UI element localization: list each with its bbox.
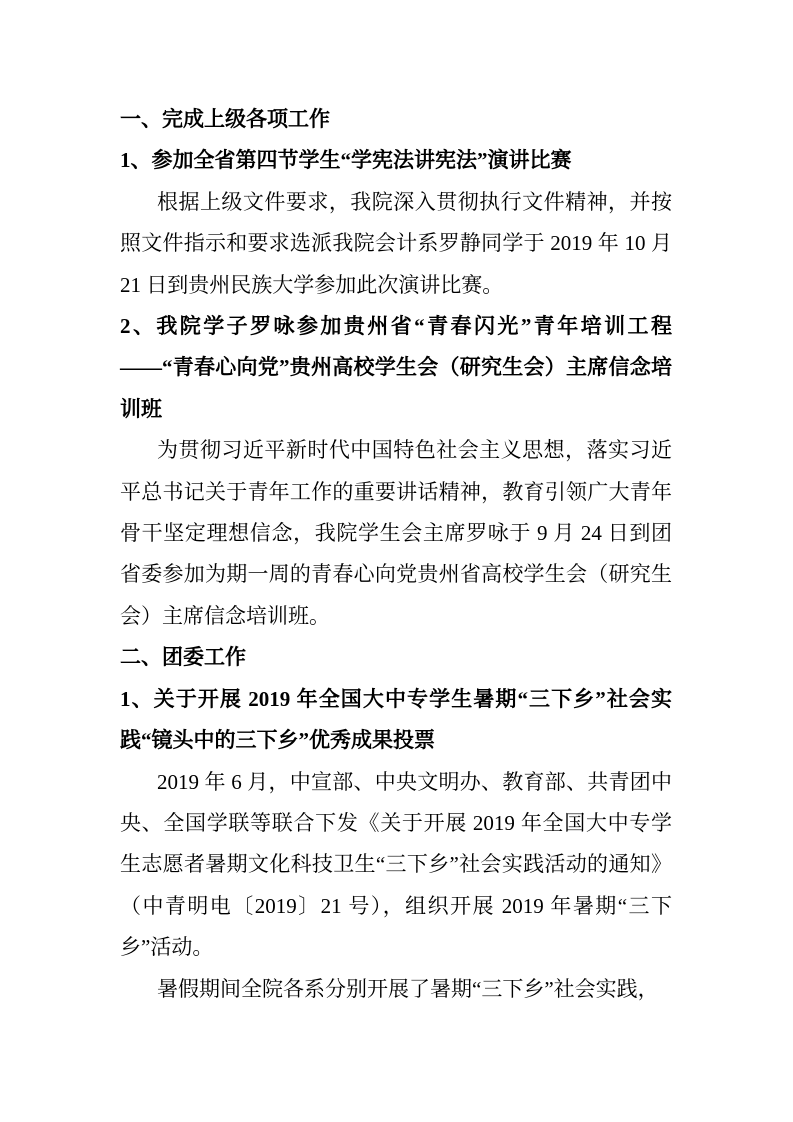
subsection-heading-1-2: 2、我院学子罗咏参加贵州省“青春闪光”青年培训工程——“青春心向党”贵州高校学生…	[120, 306, 672, 430]
section-heading-2: 二、团委工作	[120, 637, 672, 678]
document-page: 一、完成上级各项工作 1、参加全省第四节学生“学宪法讲宪法”演讲比赛 根据上级文…	[0, 0, 793, 1122]
paragraph-notice-issued: 2019 年 6 月，中宣部、中央文明办、教育部、共青团中央、全国学联等联合下发…	[120, 762, 672, 969]
paragraph-training-class: 为贯彻习近平新时代中国特色社会主义思想，落实习近平总书记关于青年工作的重要讲话精…	[120, 430, 672, 637]
section-heading-1: 一、完成上级各项工作	[120, 99, 672, 140]
paragraph-speech-contest: 根据上级文件要求，我院深入贯彻执行文件精神，并按照文件指示和要求选派我院会计系罗…	[120, 182, 672, 306]
paragraph-summer-practice: 暑假期间全院各系分别开展了暑期“三下乡”社会实践，	[120, 969, 672, 1010]
subsection-heading-2-1: 1、关于开展 2019 年全国大中专学生暑期“三下乡”社会实践“镜头中的三下乡”…	[120, 679, 672, 762]
subsection-heading-1-1: 1、参加全省第四节学生“学宪法讲宪法”演讲比赛	[120, 140, 672, 181]
